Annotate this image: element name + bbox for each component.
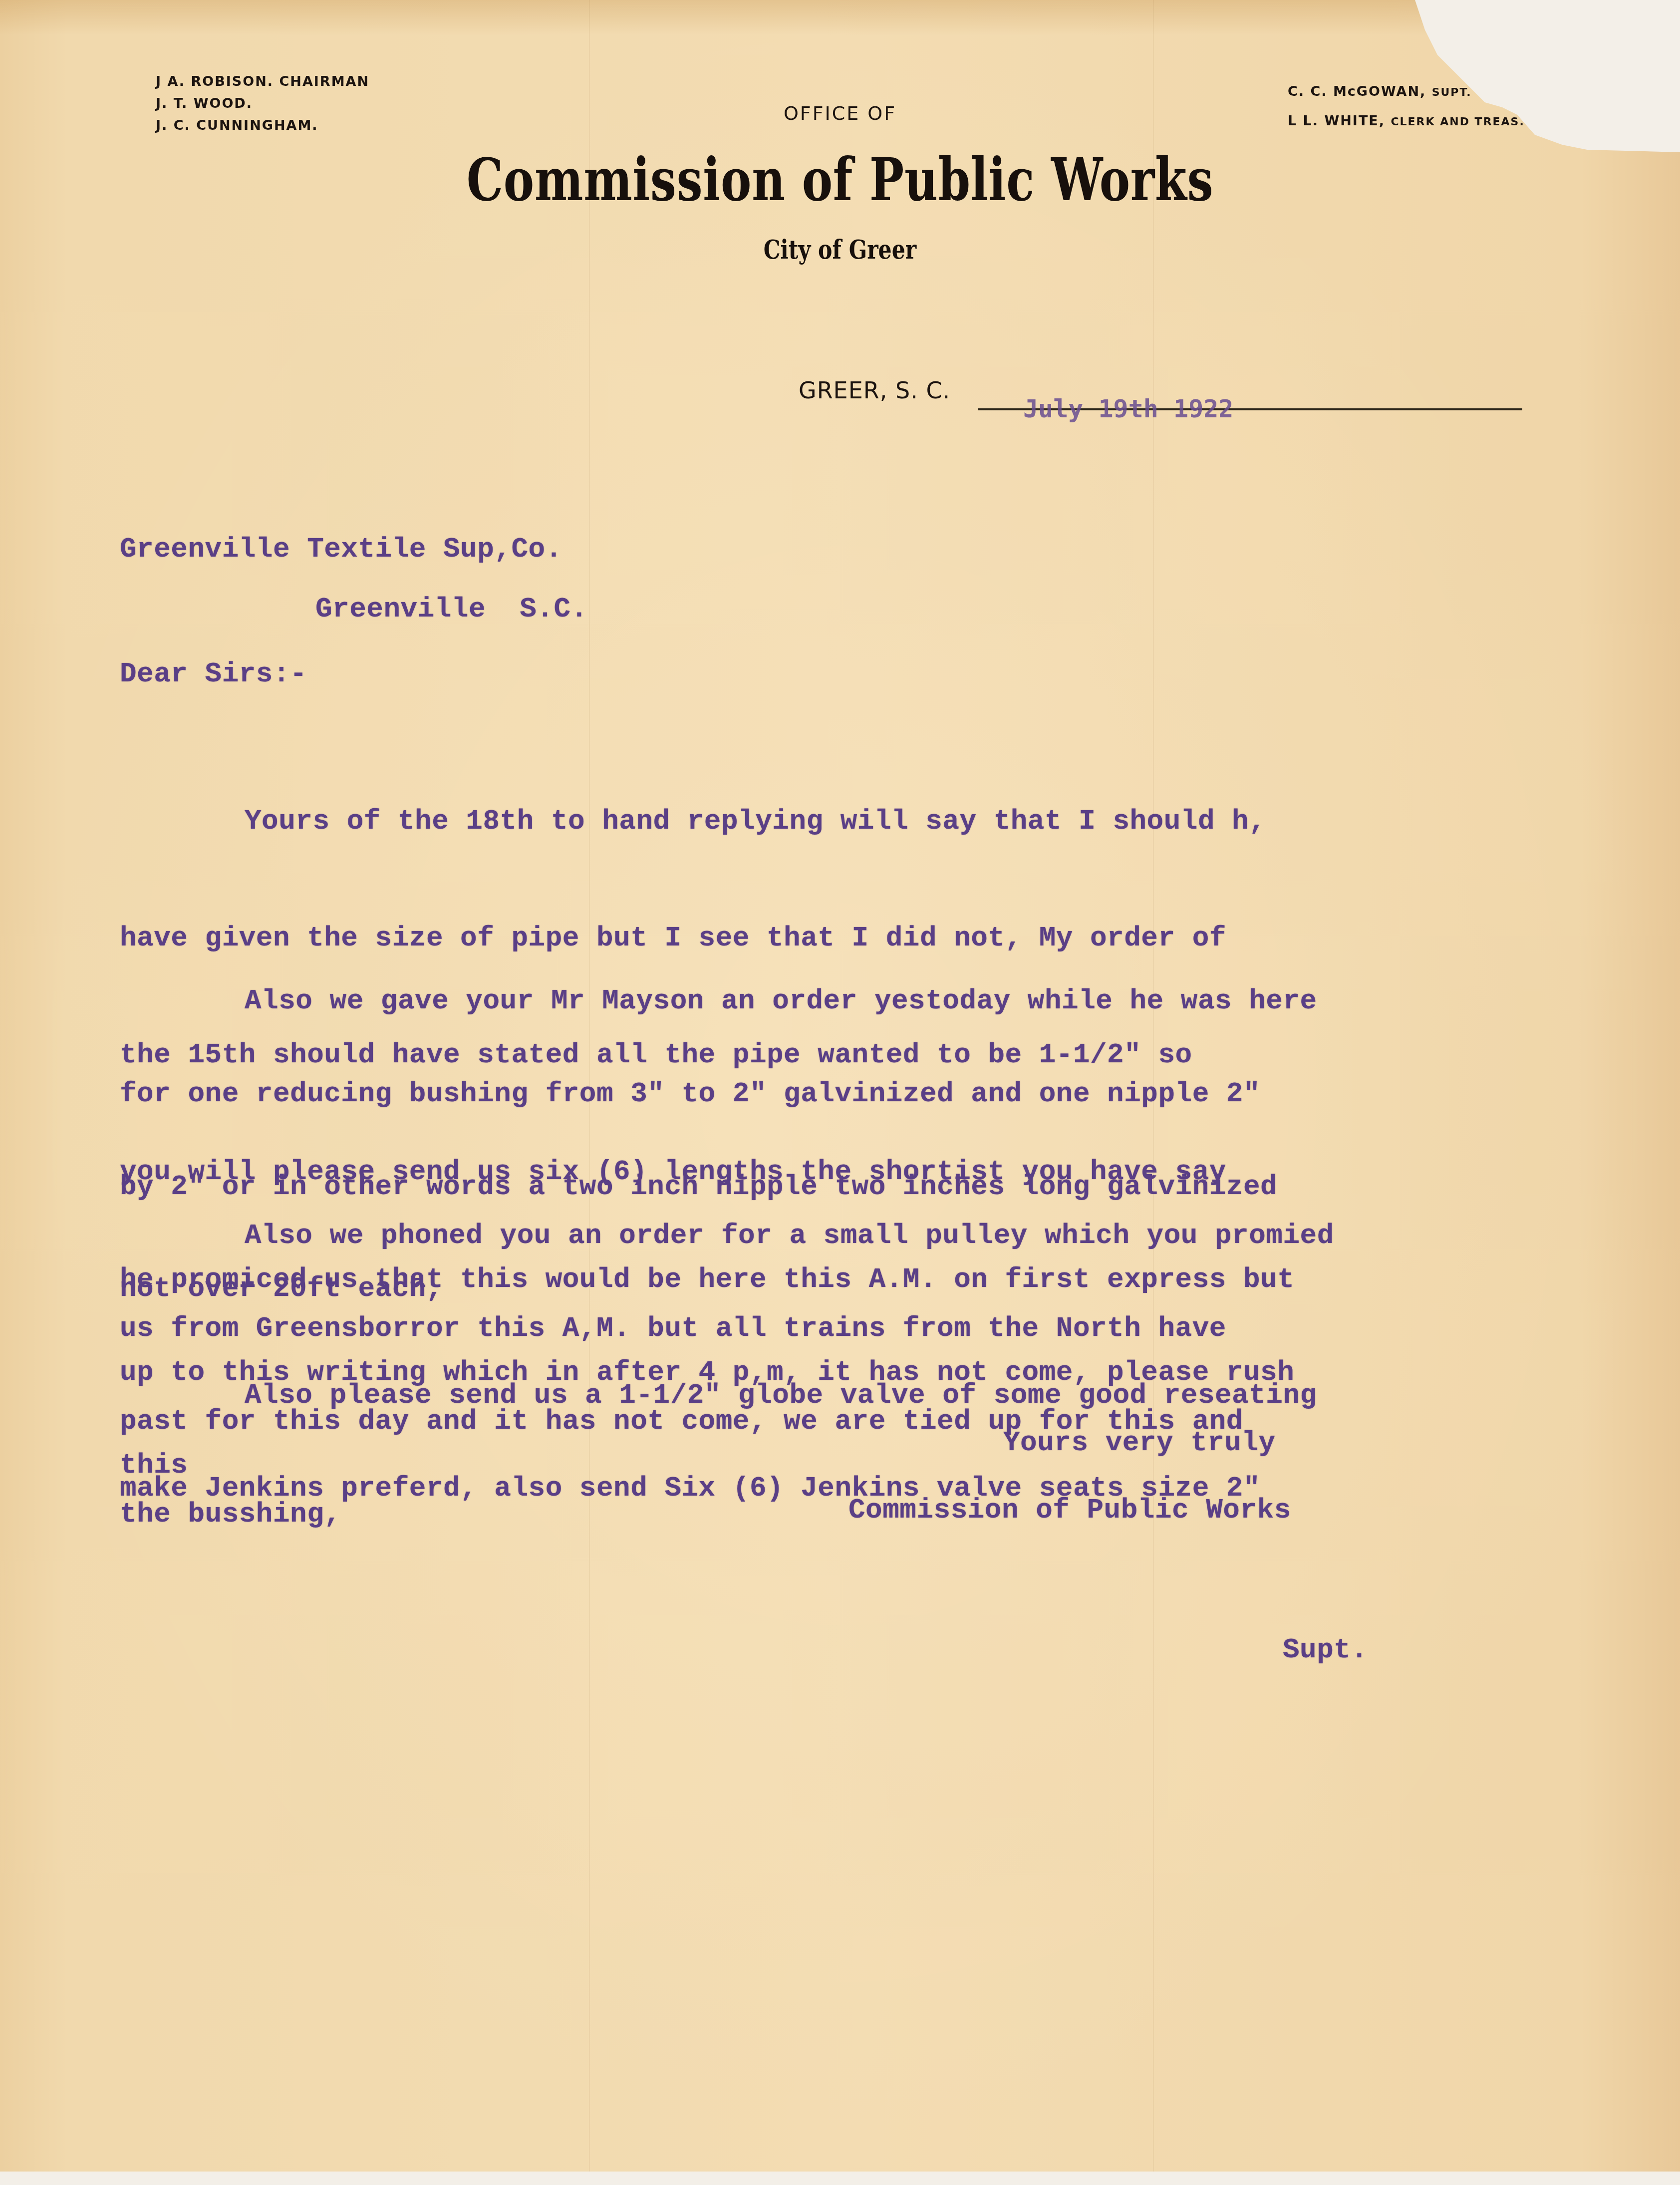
dateline-place: GREER, S. C. xyxy=(799,377,950,404)
recipient-name: Greenville Textile Sup,Co. xyxy=(120,529,562,569)
paragraph-line: Yours of the 18th to hand replying will … xyxy=(120,802,1266,841)
officer-title: SUPT. xyxy=(1432,86,1472,99)
letter-paper: J A. ROBISON. CHAIRMAN J. T. WOOD. J. C.… xyxy=(0,0,1680,2172)
letter-date: July 19th 1922 xyxy=(1023,394,1233,423)
signatory-title: Supt. xyxy=(1283,1630,1368,1670)
office-of-label: OFFICE OF xyxy=(0,102,1680,124)
commissioner-name: J A. ROBISON. CHAIRMAN xyxy=(156,71,369,93)
recipient-location: Greenville S.C. xyxy=(315,589,588,629)
salutation: Dear Sirs:- xyxy=(120,654,307,694)
paragraph-line: Also please send us a 1-1/2" globe valve… xyxy=(120,1380,1317,1411)
paragraph-line: Also we gave your Mr Mayson an order yes… xyxy=(120,985,1317,1016)
signatory-organization: Commission of Public Works xyxy=(848,1490,1291,1530)
paragraph-line: Also we phoned you an order for a small … xyxy=(120,1220,1334,1251)
paper-stain xyxy=(0,0,1680,35)
paragraph-line: for one reducing bushing from 3" to 2" g… xyxy=(120,1078,1317,1109)
city-subtitle: City of Greer xyxy=(151,235,1529,265)
officer-name: C. C. McGOWAN, xyxy=(1288,84,1426,99)
complimentary-close: Yours very truly xyxy=(1003,1423,1276,1463)
organization-title: Commission of Public Works xyxy=(185,145,1495,214)
